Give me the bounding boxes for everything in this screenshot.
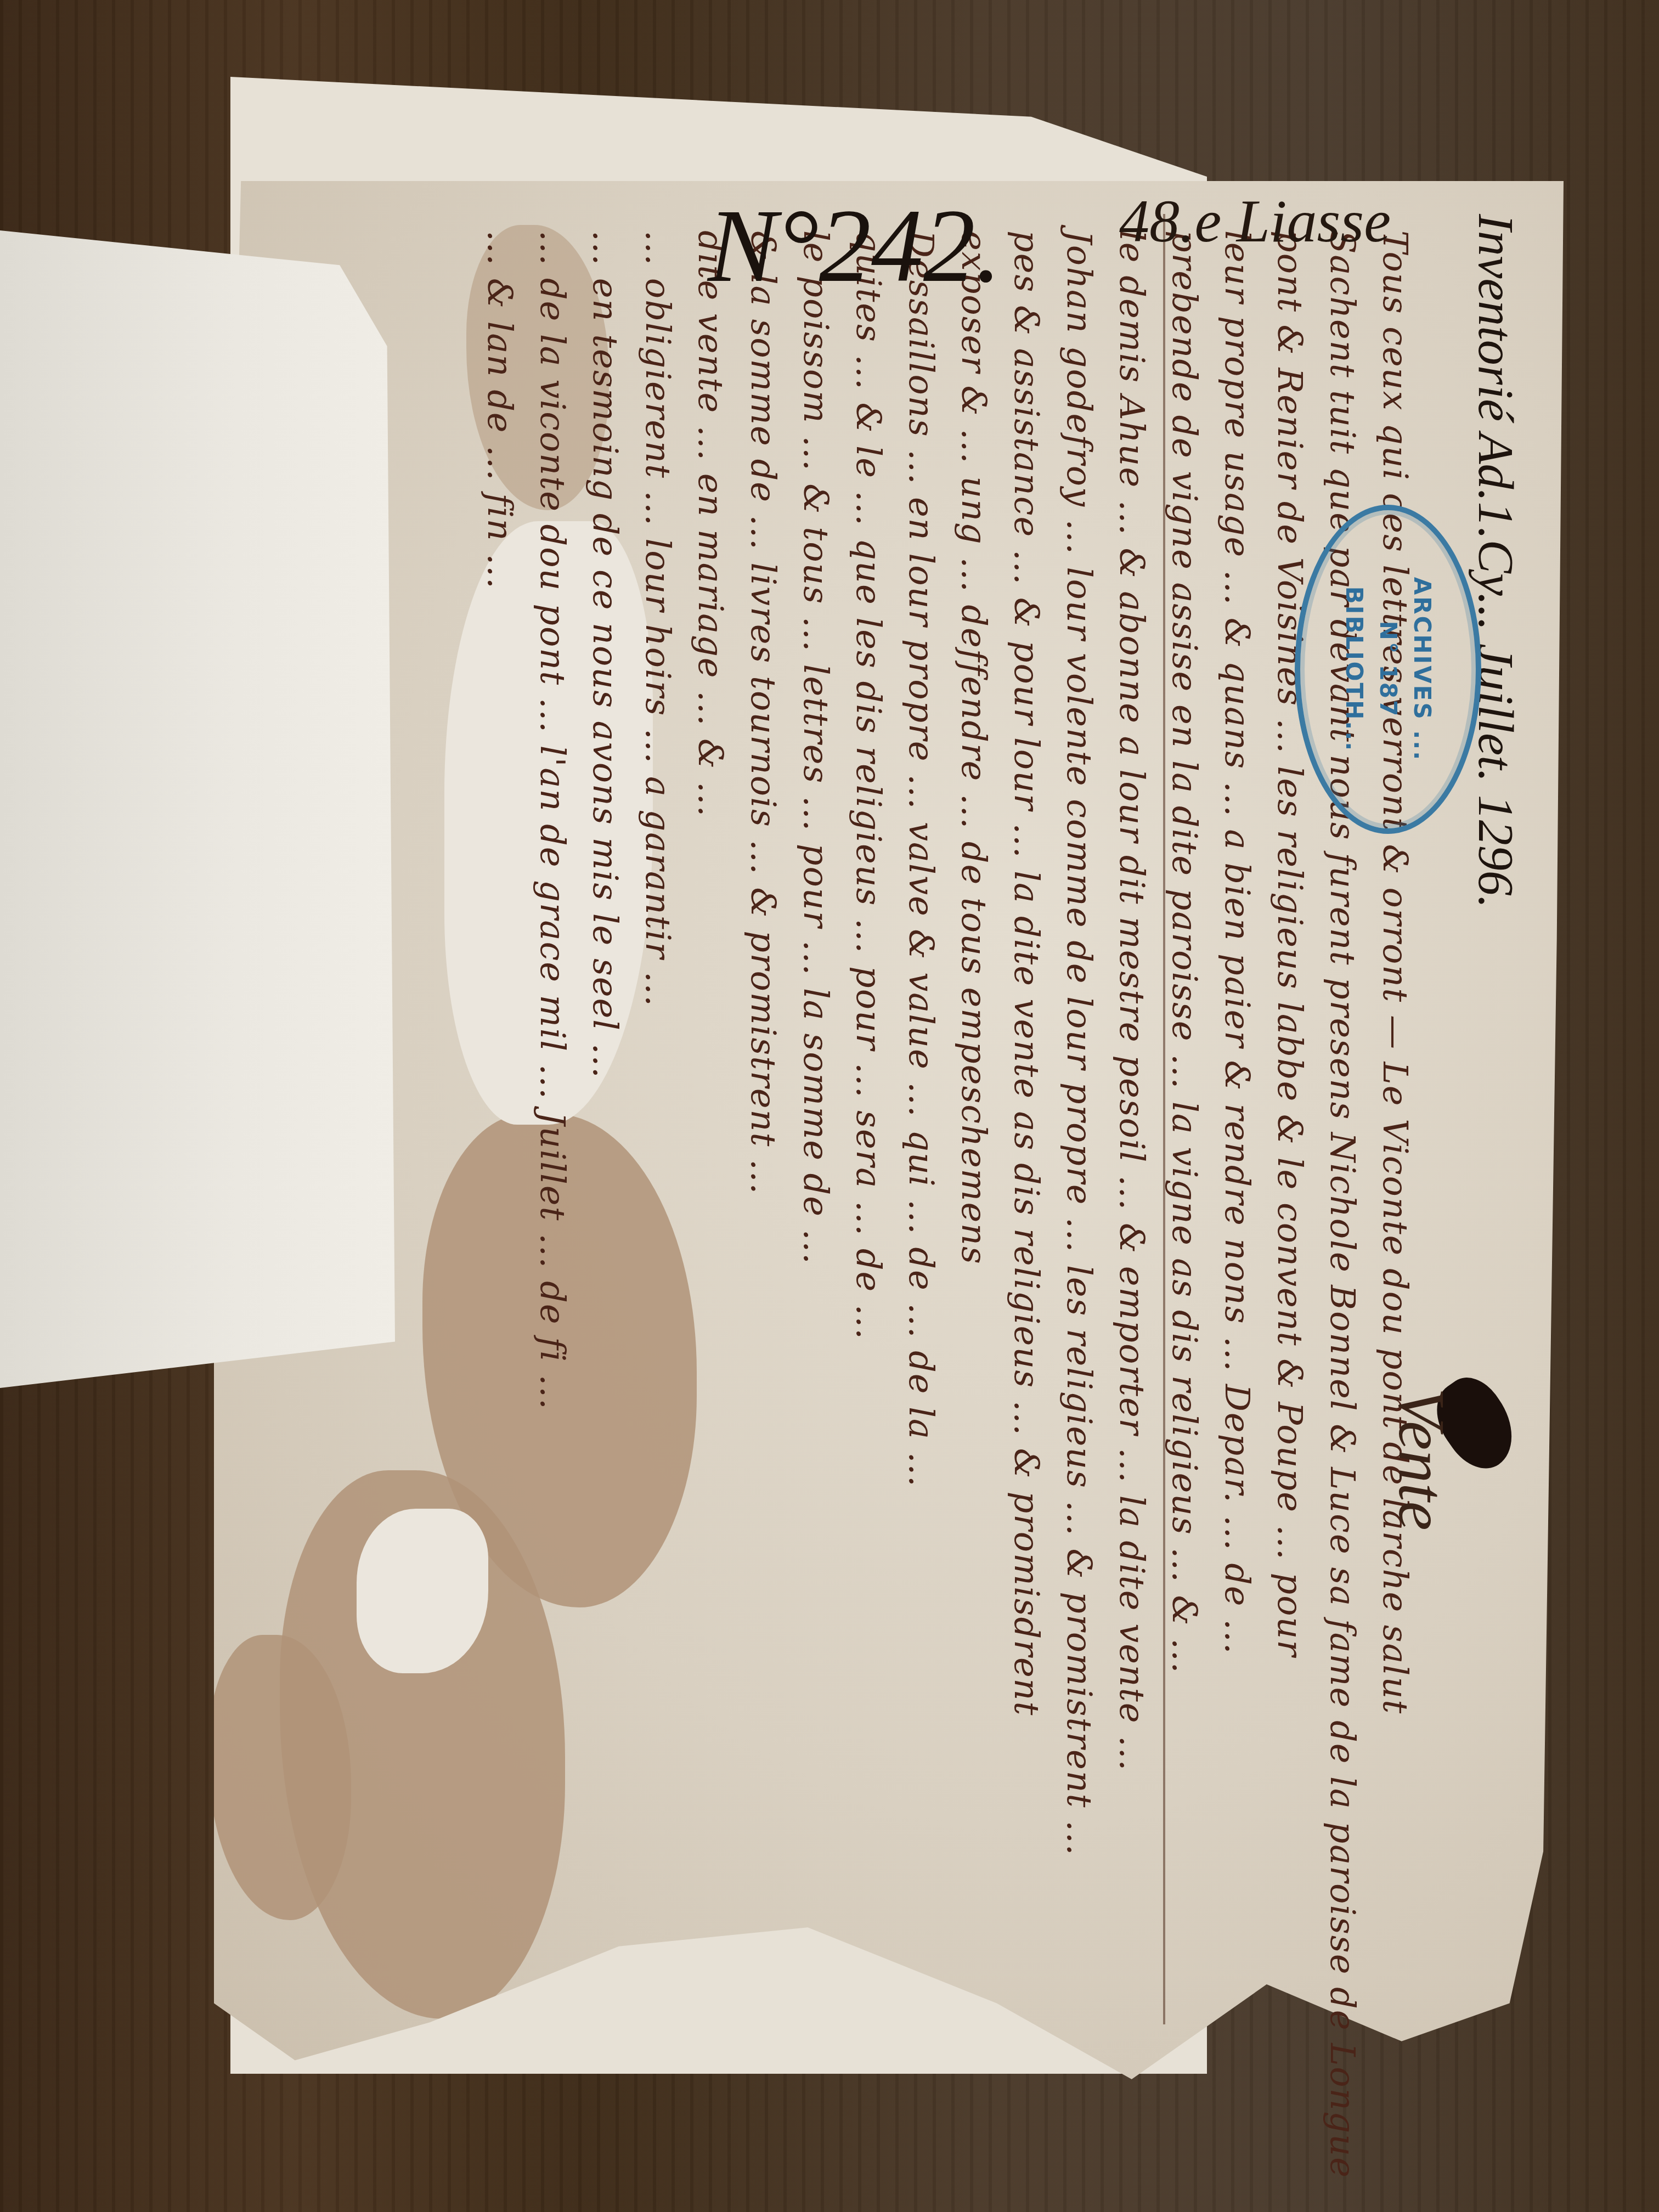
stamp-line: N° 187 bbox=[1371, 577, 1405, 761]
manuscript-line: leur propre usage ... & quans ... a bien… bbox=[1217, 230, 1257, 1655]
manuscript-line: & la somme de ... livres tournois ... & … bbox=[743, 230, 783, 1195]
manuscript-line: ... de la viconte dou pont ... l'an de g… bbox=[533, 230, 573, 1410]
stamp-line: ARCHIVES ... bbox=[1405, 577, 1439, 761]
overlay-paper-card: ... Cahier ... Vente ... bbox=[0, 230, 395, 1388]
catalog-number-annotation: N°242. bbox=[708, 187, 1001, 306]
liasse-annotation: 48.e Liasse bbox=[1119, 187, 1391, 256]
archive-stamp: ARCHIVES ... N° 187 BIBLIOTH... bbox=[1295, 505, 1481, 834]
stamp-text: ARCHIVES ... N° 187 BIBLIOTH... bbox=[1337, 577, 1439, 761]
manuscript-line: pont & Renier de Voisines ... les religi… bbox=[1270, 230, 1310, 1657]
stamp-line: BIBLIOTH... bbox=[1337, 577, 1371, 761]
manuscript-line: quites ... & le ... que les dis religieu… bbox=[849, 230, 889, 1340]
inventory-side-note: Inventorié Ad.1.Cy... Juillet. 1296. bbox=[1467, 214, 1525, 909]
manuscript-line: le poissom ... & tous ... lettres ... po… bbox=[796, 230, 836, 1265]
manuscript-line: exposer & ... ung ... deffendre ... de t… bbox=[954, 230, 994, 1265]
manuscript-line: pes & assistance ... & pour lour ... la … bbox=[1007, 230, 1047, 1716]
manuscript-line: dite vente ... en mariage ... & ... bbox=[691, 230, 731, 817]
manuscript-line: ... & lan de ... fin ... bbox=[480, 230, 520, 590]
bottom-right-annotation: Vente bbox=[1384, 1388, 1459, 1531]
manuscript-line: le demis Ahue ... & abonne a lour dit me… bbox=[1112, 230, 1152, 1771]
manuscript-line: ... en tesmoing de ce nous avons mis le … bbox=[585, 230, 625, 1079]
manuscript-line: ... obligierent ... lour hoirs ... a gar… bbox=[638, 230, 678, 1007]
manuscript-line: Dessaillons ... en lour propre ... valve… bbox=[901, 230, 941, 1488]
manuscript-line: Johan godefroy ... lour volente comme de… bbox=[1059, 230, 1099, 1856]
torn-hole bbox=[357, 1509, 488, 1673]
manuscript-line: prebende de vigne assise en la dite paro… bbox=[1165, 230, 1205, 1674]
